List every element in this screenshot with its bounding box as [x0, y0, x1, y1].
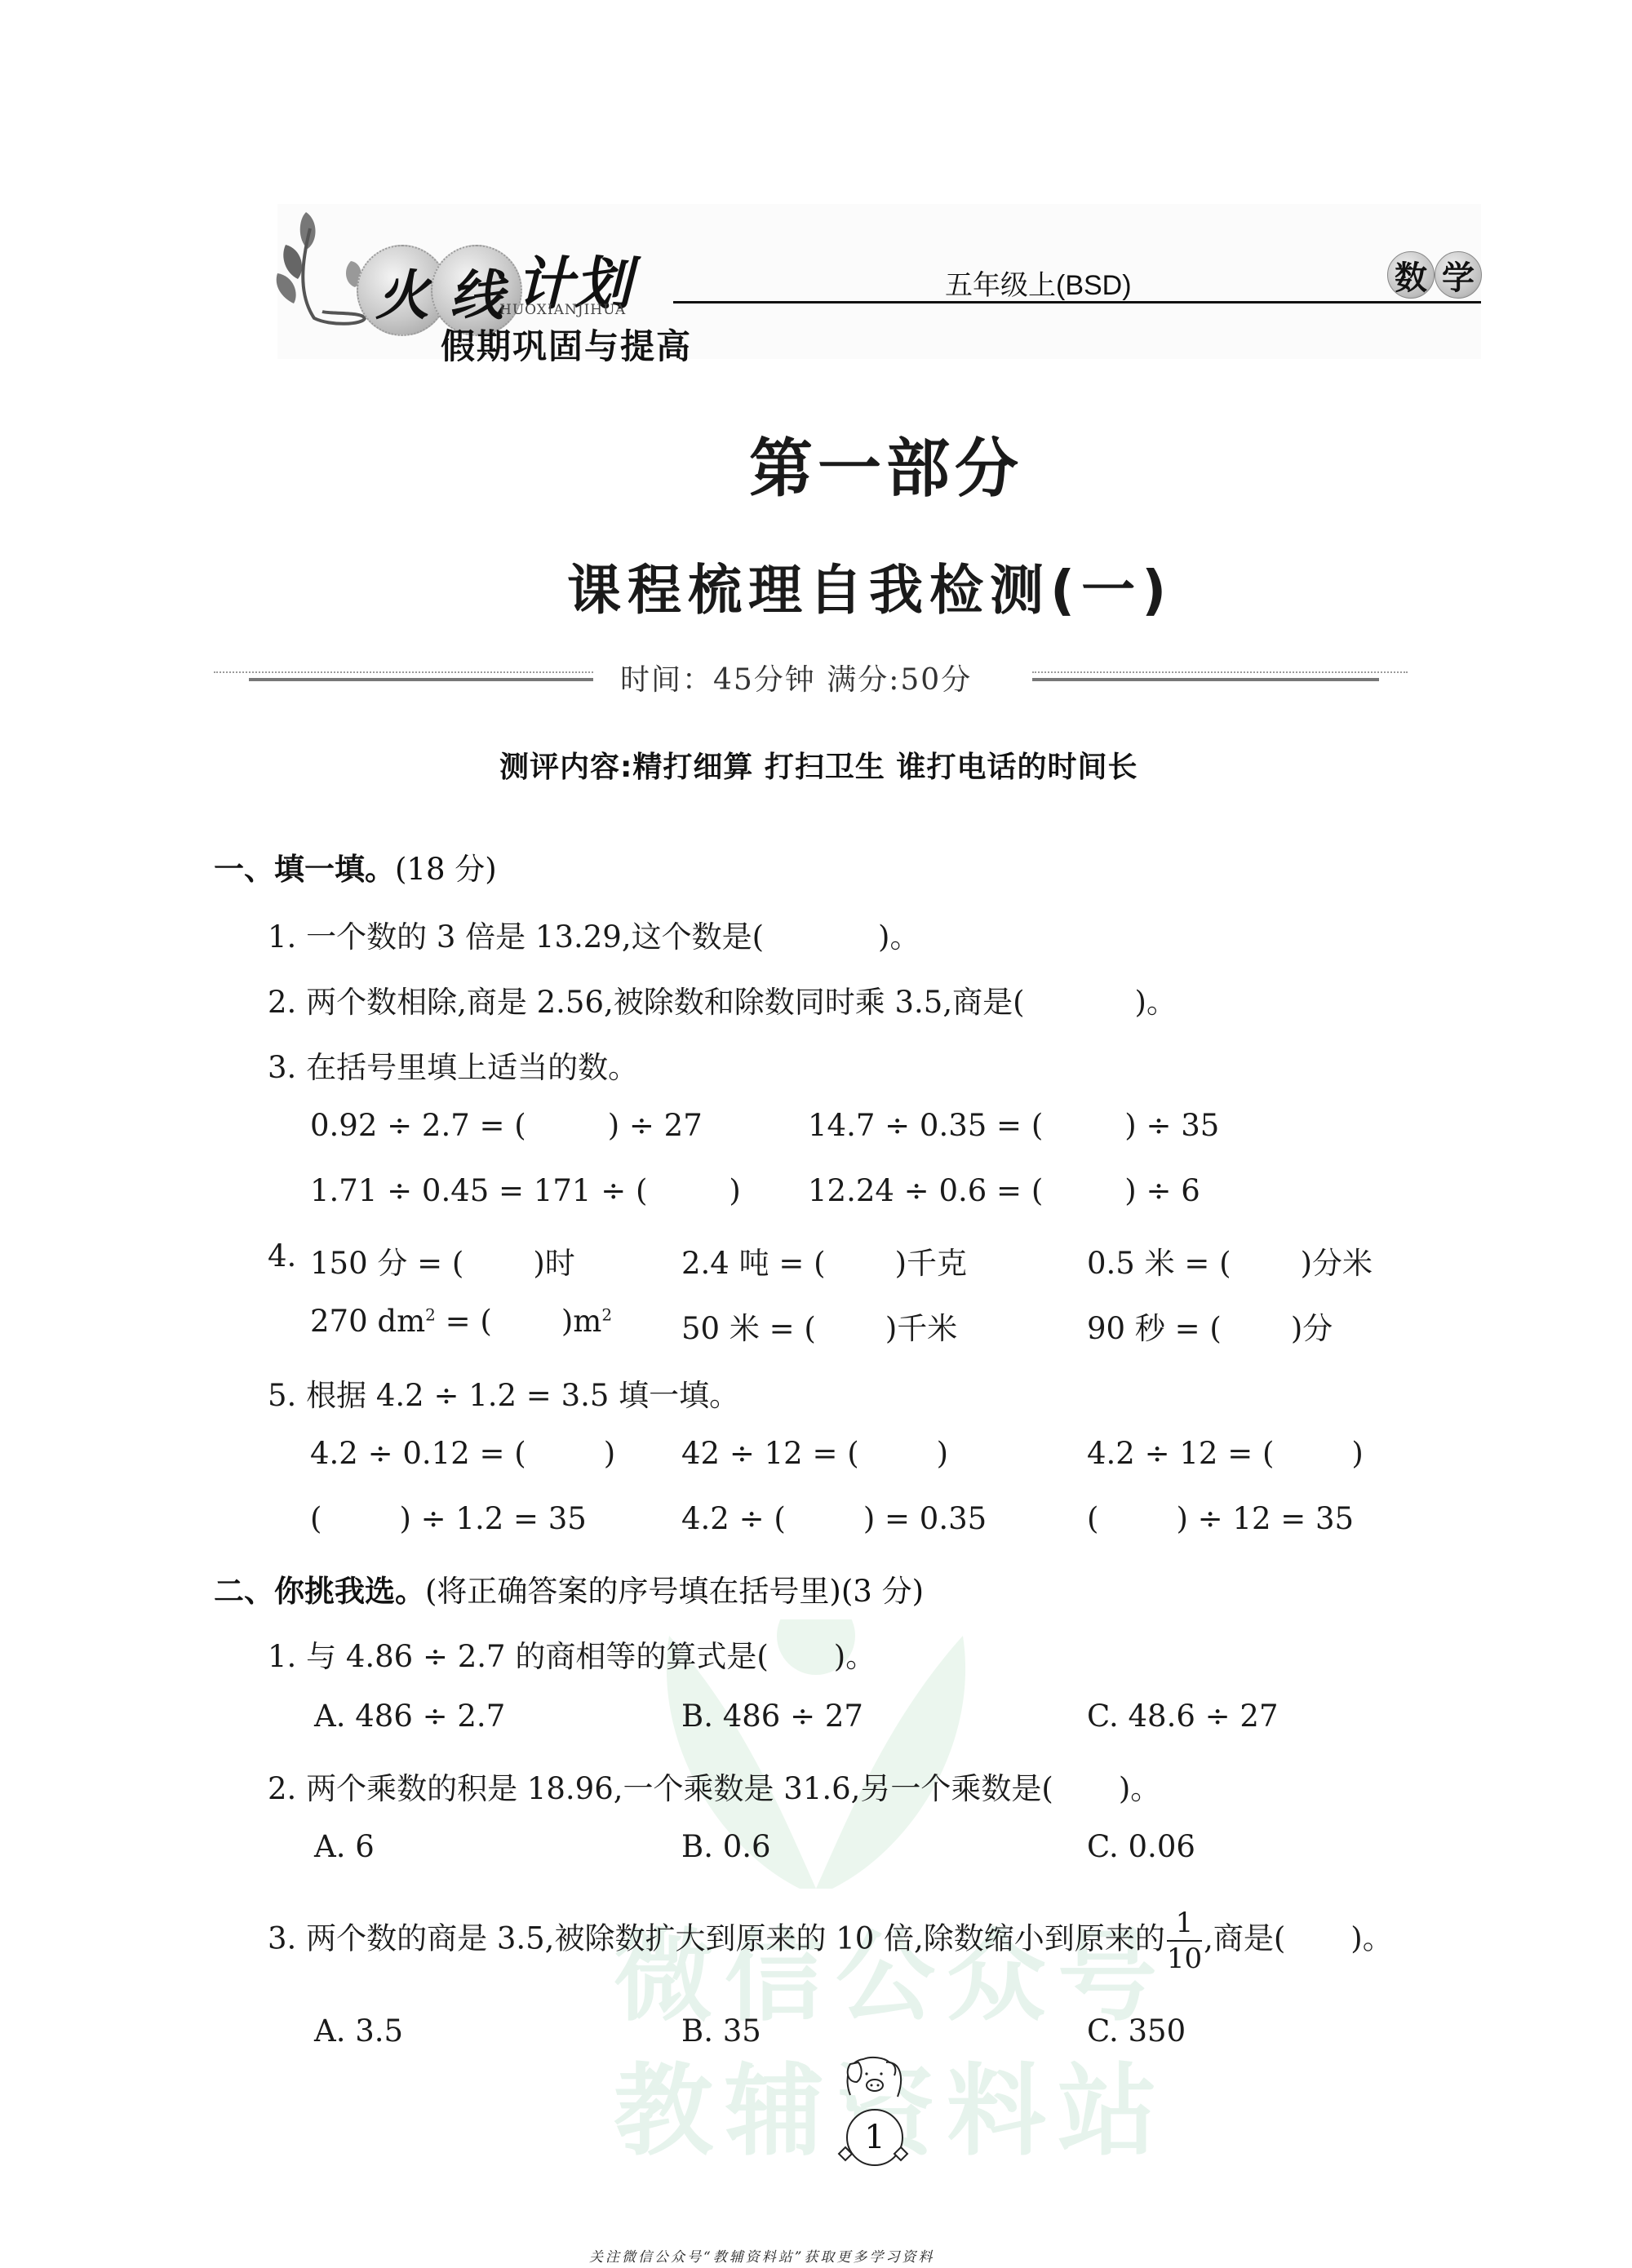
fraction-numerator: 1	[1167, 1909, 1202, 1942]
s1-q3-item: 0.92 ÷ 2.7 = () ÷ 27	[310, 1108, 703, 1143]
s1-q5-item: 42 ÷ 12 = ()	[681, 1436, 948, 1471]
expr-right: )分	[1291, 1311, 1333, 1346]
part-title: 第一部分	[749, 418, 1023, 509]
q-text: 两个数相除,商是 2.56,被除数和除数同时乘 3.5,商是(	[306, 985, 1024, 1020]
s1-q5-item: 4.2 ÷ 0.12 = ()	[310, 1436, 615, 1471]
q-tail: )。	[878, 919, 920, 955]
section1-points: (18 分)	[395, 852, 497, 887]
s1-q5-item: 4.2 ÷ () = 0.35	[681, 1501, 987, 1536]
option-c[interactable]: C. 0.06	[1087, 1829, 1195, 1864]
q-number: 3.	[268, 1921, 296, 1956]
s1-q4-item: 2.4 吨 = ()千克	[681, 1238, 967, 1282]
expr-right: ) ÷ 12 = 35	[1176, 1501, 1354, 1536]
s1-q5-item: () ÷ 1.2 = 35	[310, 1501, 587, 1536]
test-scope: 测评内容:精打细算 打扫卫生 谁打电话的时间长	[499, 744, 1138, 786]
footer-note: 关注微信公众号“教辅资料站”获取更多学习资料	[589, 2245, 934, 2266]
s1-q5: 5. 根据 4.2 ÷ 1.2 = 3.5 填一填。	[268, 1371, 739, 1415]
expr-right: )	[937, 1436, 948, 1471]
expr-left: 0.5 米 = (	[1087, 1246, 1231, 1281]
s2-q1: 1. 与 4.86 ÷ 2.7 的商相等的算式是()。	[268, 1632, 876, 1676]
section2-heading: 二、你挑我选。(将正确答案的序号填在括号里)(3 分)	[214, 1566, 924, 1610]
s1-q3-item: 12.24 ÷ 0.6 = () ÷ 6	[808, 1173, 1200, 1208]
expr-right: ) ÷ 27	[608, 1108, 703, 1143]
time-bar-line-left	[249, 678, 593, 681]
expr-right: )时	[533, 1246, 574, 1281]
s2-q3: 3. 两个数的商是 3.5,被除数扩大到原来的 10 倍,除数缩小到原来的110…	[268, 1909, 1393, 1973]
time-bar-line-right	[1032, 678, 1379, 681]
logo-pinyin: HUOXIANJIHUA	[499, 302, 626, 318]
superscript: 2	[425, 1305, 436, 1325]
section1-title: 一、填一填。	[214, 852, 395, 887]
expr-left: 1.71 ÷ 0.45 = 171 ÷ (	[310, 1173, 647, 1208]
expr-right: )	[729, 1173, 740, 1208]
option-a[interactable]: A. 3.5	[314, 2013, 403, 2049]
q-tail: )。	[834, 1639, 876, 1674]
q-number: 2.	[268, 985, 296, 1020]
expr-right: ) ÷ 6	[1124, 1173, 1200, 1208]
q-tail: )。	[1135, 985, 1177, 1020]
expr-right: )千米	[885, 1311, 957, 1346]
s1-q3-item: 14.7 ÷ 0.35 = () ÷ 35	[808, 1108, 1219, 1143]
subject-badge-shu: 数	[1387, 251, 1435, 299]
q-number: 2.	[268, 1771, 296, 1806]
expr-right: )千克	[895, 1246, 967, 1281]
expr-left: 42 ÷ 12 = (	[681, 1436, 859, 1471]
q-text: 一个数的 3 倍是 13.29,这个数是(	[306, 919, 764, 955]
s1-q4-item: 150 分 = ()时	[310, 1238, 575, 1282]
s1-q4-item: 0.5 米 = ()分米	[1087, 1238, 1373, 1282]
expr-left: 4.2 ÷ (	[681, 1501, 786, 1536]
q-number: 1.	[268, 919, 296, 955]
expr-left: 2.4 吨 = (	[681, 1246, 826, 1281]
q-text: 两个数的商是 3.5,被除数扩大到原来的 10 倍,除数缩小到原来的	[306, 1921, 1165, 1956]
s1-q4-item: 50 米 = ()千米	[681, 1304, 957, 1348]
expr-left: 14.7 ÷ 0.35 = (	[808, 1108, 1043, 1143]
option-b[interactable]: B. 35	[681, 2013, 761, 2049]
expr-left: 0.92 ÷ 2.7 = (	[310, 1108, 526, 1143]
section2-points: (3 分)	[841, 1574, 924, 1609]
logo-subtitle: 假期巩固与提高	[441, 320, 692, 369]
s1-q4-number: 4.	[268, 1238, 296, 1274]
expr-right: )	[1351, 1436, 1363, 1471]
section2-title: 二、你挑我选。	[214, 1574, 425, 1609]
q-text: 两个乘数的积是 18.96,一个乘数是 31.6,另一个乘数是(	[306, 1771, 1053, 1806]
expr-left: 150 分 = (	[310, 1246, 463, 1281]
pig-hoof-right-icon	[893, 2146, 909, 2162]
q-text: 与 4.86 ÷ 2.7 的商相等的算式是(	[306, 1639, 769, 1674]
pig-hoof-left-icon	[837, 2146, 854, 2162]
q-number: 3.	[268, 1050, 296, 1085]
fraction-one-tenth: 110	[1167, 1909, 1202, 1973]
expr-left: 90 秒 = (	[1087, 1311, 1222, 1346]
option-b[interactable]: B. 0.6	[681, 1829, 771, 1864]
section1-heading: 一、填一填。(18 分)	[214, 844, 497, 888]
expr-left: 50 米 = (	[681, 1311, 816, 1346]
expr-left-2: = (	[436, 1304, 492, 1339]
expr-left: (	[310, 1501, 322, 1536]
time-info: 时间：45分钟 满分:50分	[620, 657, 972, 698]
q-text: 在括号里填上适当的数。	[306, 1050, 638, 1085]
q-tail: )。	[1119, 1771, 1160, 1806]
s1-q1: 1. 一个数的 3 倍是 13.29,这个数是()。	[268, 912, 920, 956]
s1-q5-item: 4.2 ÷ 12 = ()	[1087, 1436, 1364, 1471]
option-b[interactable]: B. 486 ÷ 27	[681, 1699, 863, 1734]
option-c[interactable]: C. 48.6 ÷ 27	[1087, 1699, 1279, 1734]
expr-left: 4.2 ÷ 12 = (	[1087, 1436, 1274, 1471]
time-bar-dots-right	[1032, 671, 1408, 673]
grade-label: 五年级上(BSD)	[945, 263, 1132, 303]
q-number: 5.	[268, 1378, 296, 1413]
expr-right: ) = 0.35	[863, 1501, 987, 1536]
q-text: 根据 4.2 ÷ 1.2 = 3.5 填一填。	[306, 1378, 739, 1413]
option-a[interactable]: A. 6	[314, 1829, 375, 1864]
expr-right: ) ÷ 1.2 = 35	[399, 1501, 586, 1536]
option-c[interactable]: C. 350	[1087, 2013, 1186, 2049]
s1-q4-item: 270 dm2 = ()m2	[310, 1304, 612, 1339]
subject-badge-xue: 学	[1435, 251, 1482, 299]
expr-right: )	[604, 1436, 615, 1471]
s1-q3-item: 1.71 ÷ 0.45 = 171 ÷ ()	[310, 1173, 741, 1208]
expr-right: )m	[561, 1304, 602, 1339]
expr-left: 270 dm	[310, 1304, 425, 1339]
superscript: 2	[601, 1305, 612, 1325]
expr-left: (	[1087, 1501, 1098, 1536]
q-text-2: ,商是(	[1204, 1921, 1285, 1956]
s1-q2: 2. 两个数相除,商是 2.56,被除数和除数同时乘 3.5,商是()。	[268, 977, 1177, 1021]
expr-left: 12.24 ÷ 0.6 = (	[808, 1173, 1043, 1208]
q-tail: )。	[1350, 1921, 1392, 1956]
s1-q4-item: 90 秒 = ()分	[1087, 1304, 1333, 1348]
expr-left: 4.2 ÷ 0.12 = (	[310, 1436, 526, 1471]
option-a[interactable]: A. 486 ÷ 2.7	[314, 1699, 505, 1734]
expr-right: ) ÷ 35	[1124, 1108, 1219, 1143]
s2-q2: 2. 两个乘数的积是 18.96,一个乘数是 31.6,另一个乘数是()。	[268, 1764, 1160, 1808]
fraction-denominator: 10	[1167, 1942, 1202, 1973]
s1-q3: 3. 在括号里填上适当的数。	[268, 1043, 638, 1087]
s1-q5-item: () ÷ 12 = 35	[1087, 1501, 1354, 1536]
test-title: 课程梳理自我检测(一)	[567, 547, 1173, 624]
q-number: 1.	[268, 1639, 296, 1674]
expr-right: )分米	[1301, 1246, 1373, 1281]
section2-note: (将正确答案的序号填在括号里)	[425, 1574, 841, 1609]
time-bar-dots-left	[214, 671, 593, 673]
